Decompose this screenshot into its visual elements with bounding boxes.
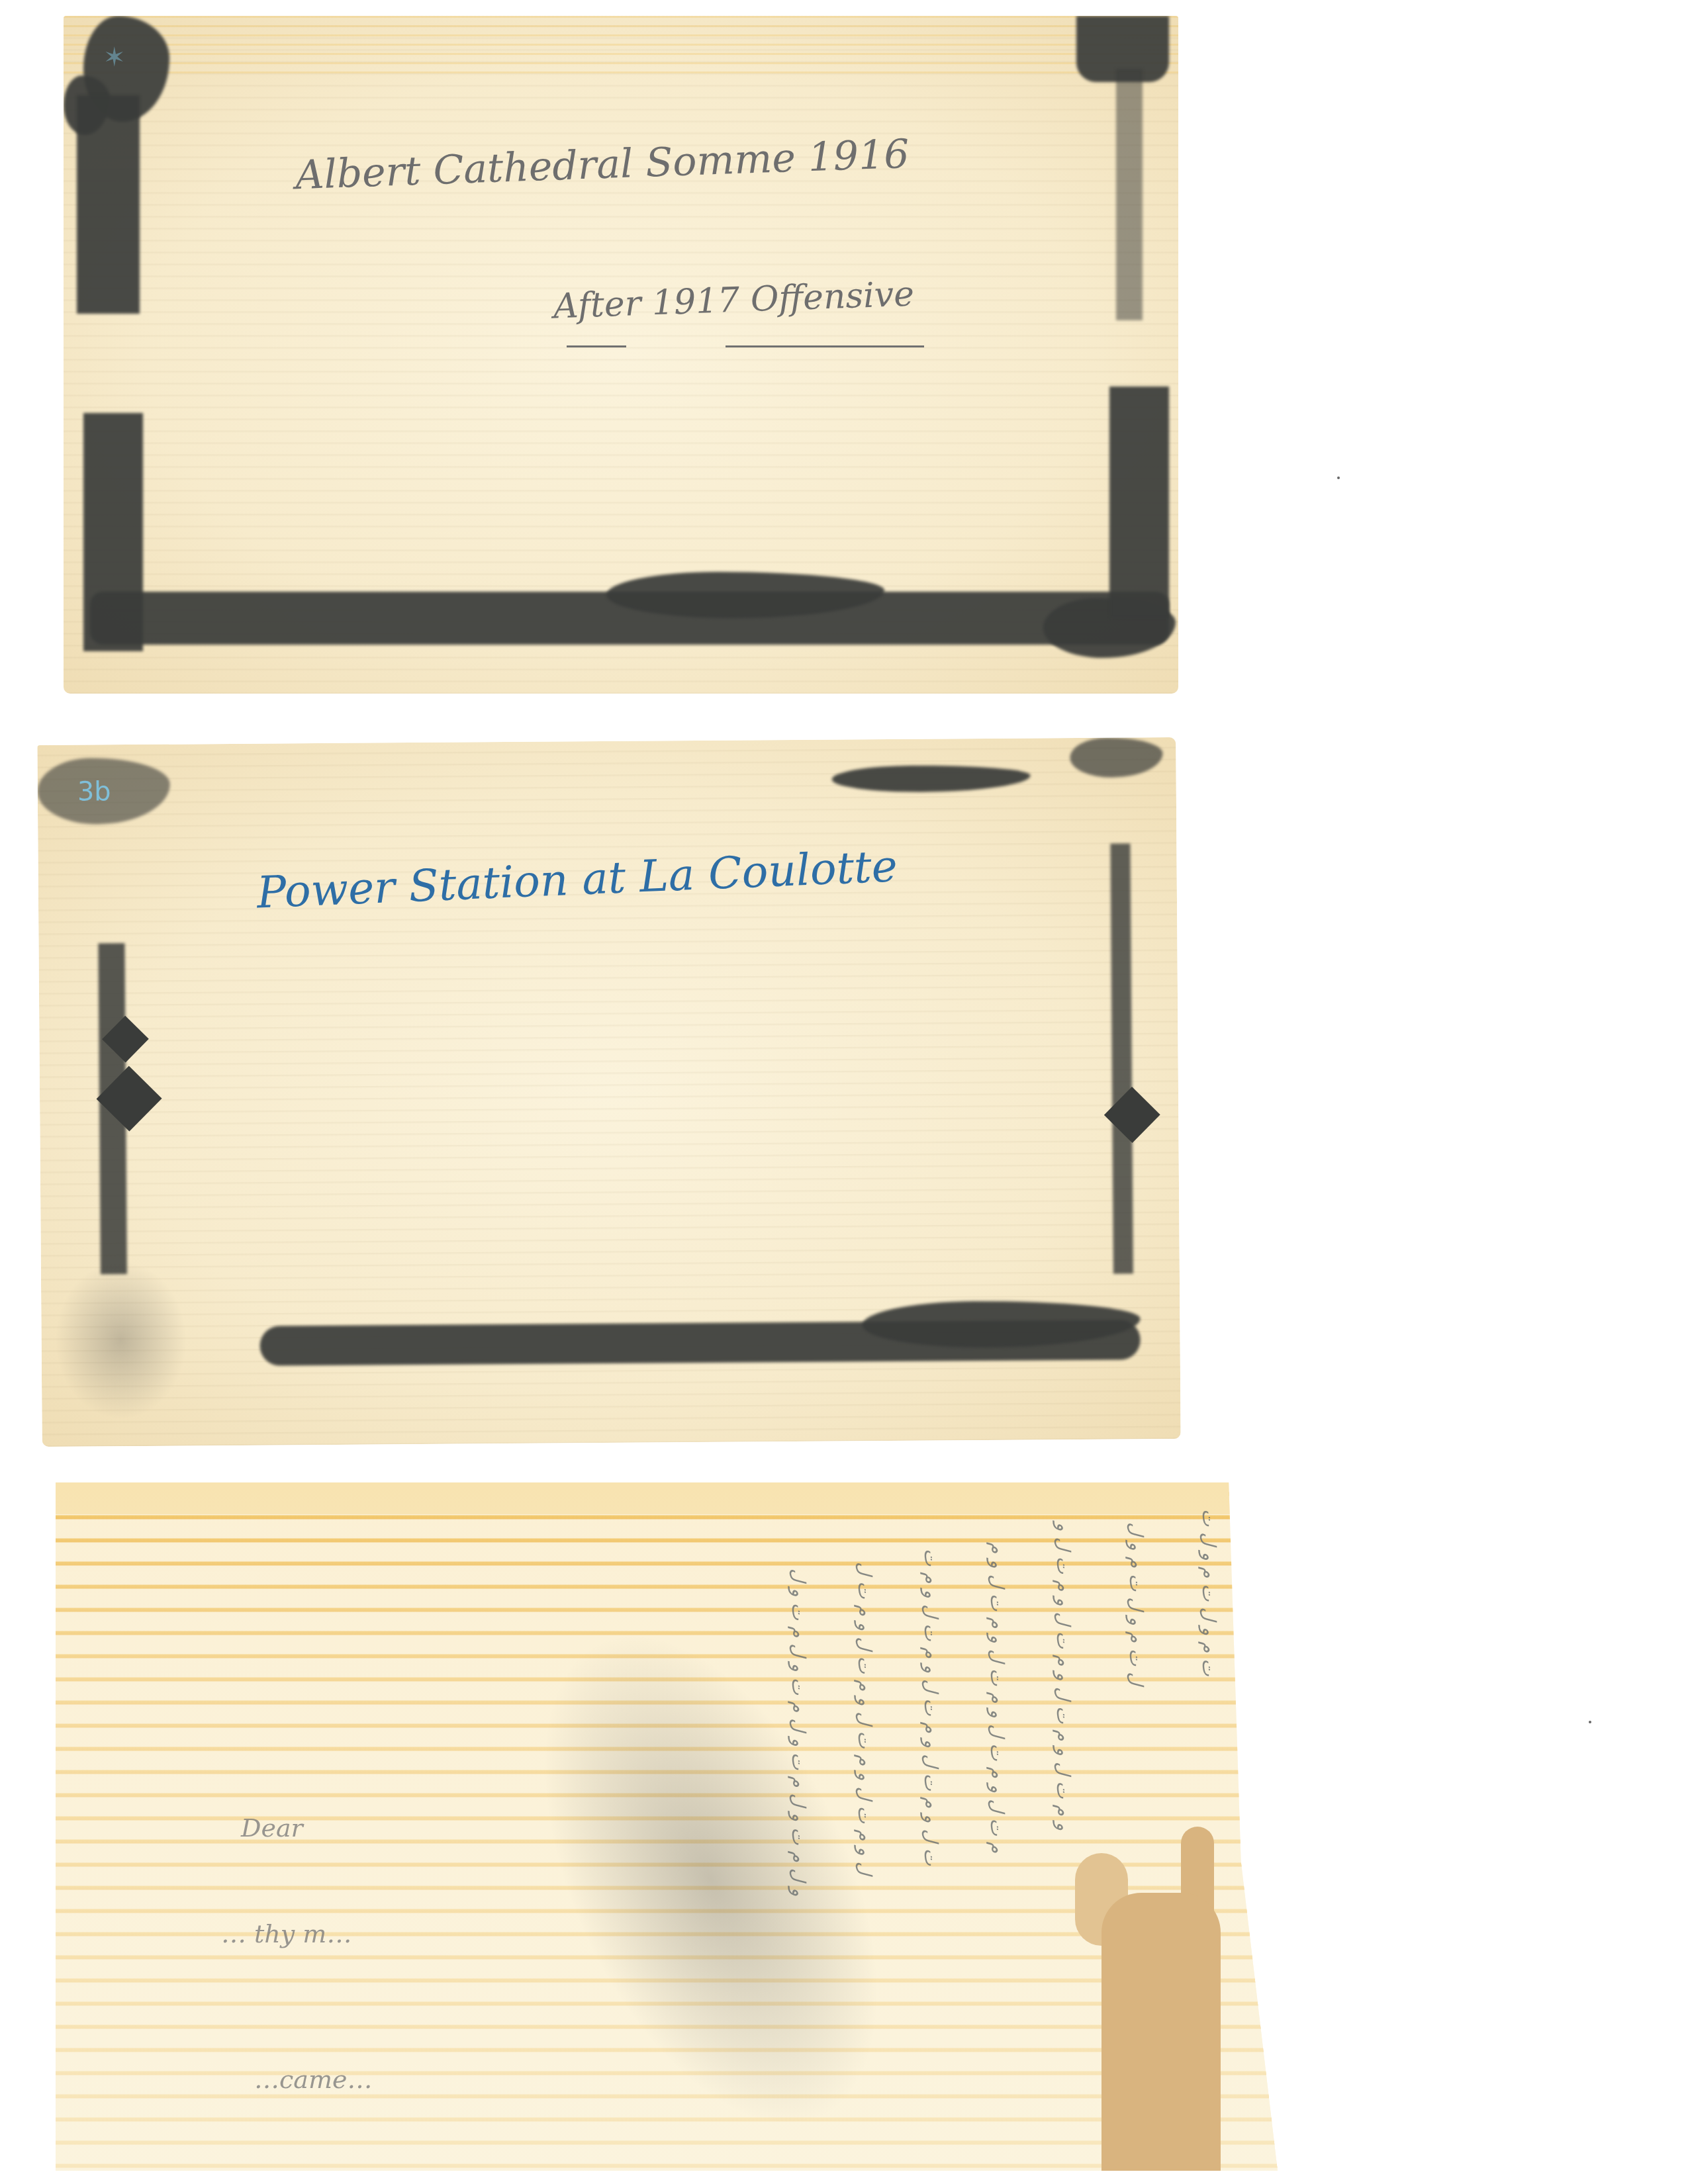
faint-handwriting: … thy m… — [221, 1919, 352, 1948]
reversed-script-column: ﻝ ﺕ ﻡ ﻭ ﻝ ﺕ ﻡ ﻭ ﻝ — [1121, 1522, 1148, 1853]
faint-handwriting: …came… — [254, 2065, 372, 2094]
charcoal-border-left — [77, 95, 140, 314]
speck — [1337, 477, 1340, 479]
reversed-script-column: ﺕ ﻝ ﻭ ﻡ ﺕ ﻝ ﻭ ﻡ ﺕ ﻝ ﻭ ﻡ ﺕ ﻝ ﻭ ﻡ ﺕ — [916, 1549, 943, 2158]
underline-after — [567, 345, 626, 347]
charcoal-border-right — [1110, 843, 1133, 1273]
charcoal-border-right — [1116, 69, 1143, 320]
reversed-script-column: ﻡ ﺕ ﻝ ﻭ ﻡ ﺕ ﻝ ﻭ ﻡ ﺕ ﻝ ﻭ ﻡ ﺕ ﻝ ﻭ ﻡ — [982, 1542, 1009, 2158]
blue-mark: ✶ — [103, 42, 126, 73]
underline-offensive — [726, 345, 924, 347]
dirt-smudge — [54, 1260, 188, 1420]
charcoal-border-right — [1109, 387, 1169, 618]
faint-handwriting: Dear — [241, 1813, 303, 1843]
reversed-script-column: ﻭ ﻝ ﻡ ﺕ ﻭ ﻝ ﻡ ﺕ ﻭ ﻝ ﻡ ﺕ ﻭ ﻝ ﻡ ﺕ ﻭ ﻝ — [784, 1569, 810, 2164]
corner-mark: 3b — [77, 776, 111, 807]
reversed-script-column: ﺕ ﻡ ﻭ ﻝ ﺕ ﻡ ﻭ ﻝ ﺕ — [1194, 1509, 1221, 1880]
card-top-stripe — [64, 16, 1178, 75]
reversed-script-column: ﻭ ﻡ ﺕ ﻝ ﻭ ﻡ ﺕ ﻝ ﻭ ﻡ ﺕ ﻝ ﻭ ﻡ ﺕ ﻝ ﻭ — [1049, 1522, 1075, 2158]
striped-letter-card: Dear … thy m… …came… ﻭ ﻝ ﻡ ﺕ ﻭ ﻝ ﻡ ﺕ ﻭ ﻝ… — [56, 1482, 1278, 2171]
photo-card-power-station: 3b Power Station at La Coulotte — [37, 737, 1180, 1447]
brown-stain — [1102, 1893, 1221, 2171]
photo-card-albert-cathedral: ✶ Albert Cathedral Somme 1916 After 1917… — [64, 16, 1178, 694]
speck — [1589, 1721, 1591, 1723]
reversed-script-column: ﻝ ﻭ ﻡ ﺕ ﻝ ﻭ ﻡ ﺕ ﻝ ﻭ ﻡ ﺕ ﻝ ﻭ ﻡ ﺕ ﻝ — [850, 1562, 876, 2158]
